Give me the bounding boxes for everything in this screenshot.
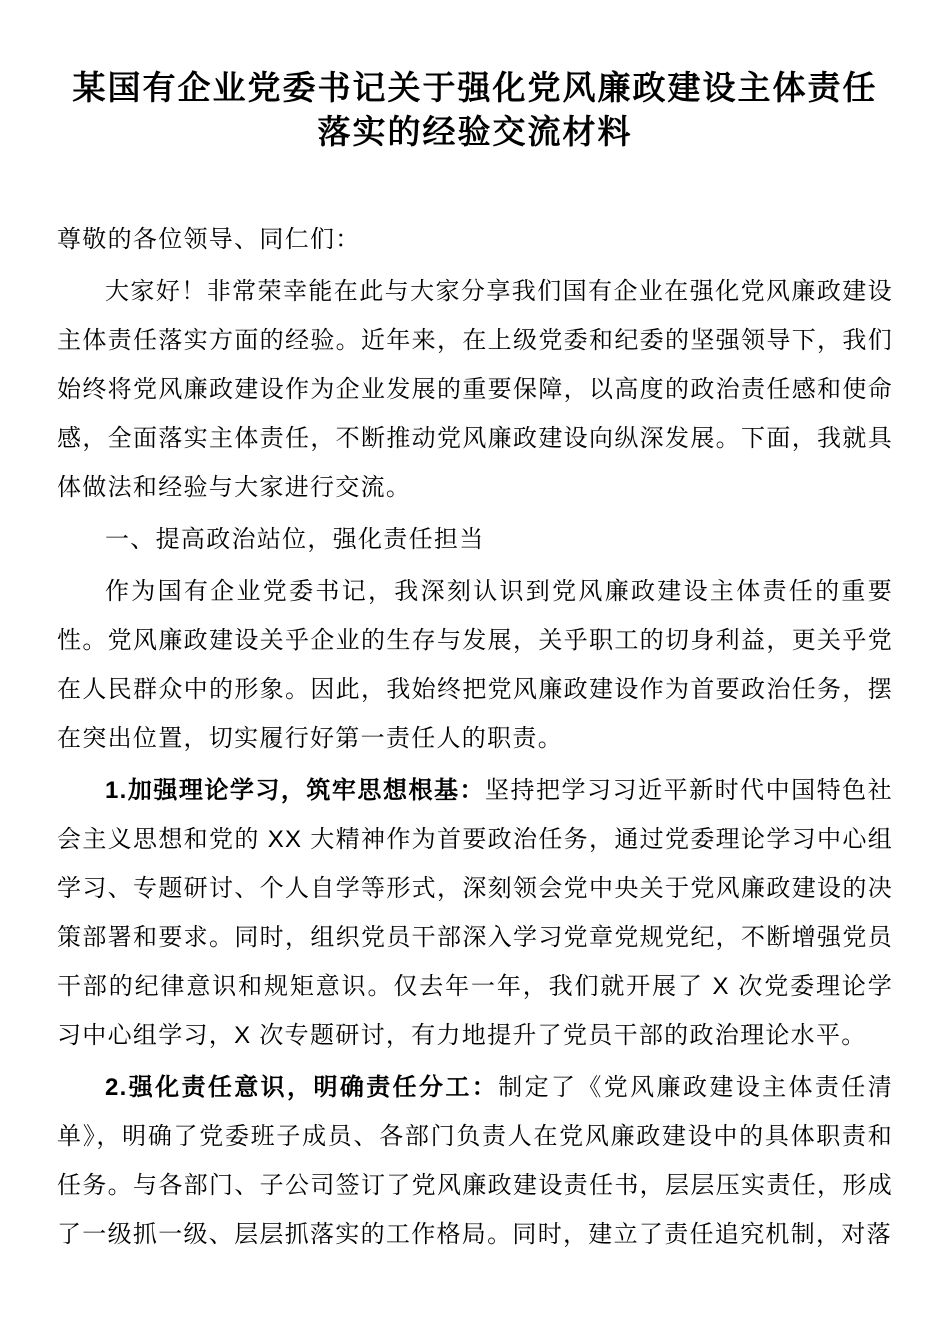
salutation: 尊敬的各位领导、同仁们：	[57, 215, 893, 264]
intro-paragraph: 大家好！非常荣幸能在此与大家分享我们国有企业在强化党风廉政建设主体责任落实方面的…	[57, 267, 893, 512]
document-page: 某国有企业党委书记关于强化党风廉政建设主体责任落实的经验交流材料 尊敬的各位领导…	[0, 0, 950, 1344]
point1-body: 坚持把学习习近平新时代中国特色社会主义思想和党的 XX 大精神作为首要政治任务，…	[57, 777, 893, 1049]
point2-lead: 2.强化责任意识，明确责任分工：	[105, 1074, 498, 1101]
document-title: 某国有企业党委书记关于强化党风廉政建设主体责任落实的经验交流材料	[57, 66, 893, 154]
point1-paragraph: 1.加强理论学习，筑牢思想根基：坚持把学习习近平新时代中国特色社会主义思想和党的…	[57, 766, 893, 1060]
point1-lead: 1.加强理论学习，筑牢思想根基：	[105, 777, 485, 804]
document-body: 尊敬的各位领导、同仁们： 大家好！非常荣幸能在此与大家分享我们国有企业在强化党风…	[57, 215, 893, 1259]
section1-heading: 一、提高政治站位，强化责任担当	[57, 515, 893, 564]
section1-paragraph: 作为国有企业党委书记，我深刻认识到党风廉政建设主体责任的重要性。党风廉政建设关乎…	[57, 567, 893, 763]
point2-paragraph: 2.强化责任意识，明确责任分工：制定了《党风廉政建设主体责任清单》，明确了党委班…	[57, 1063, 893, 1259]
